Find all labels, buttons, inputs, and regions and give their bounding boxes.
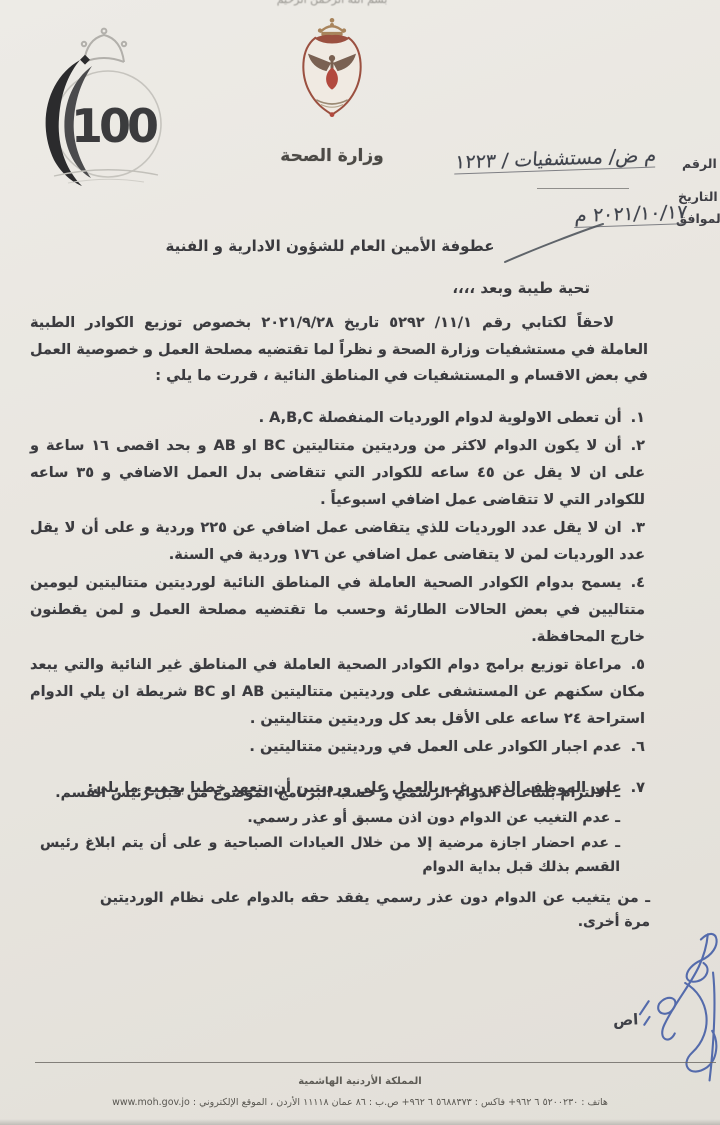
- list-item: ١.أن تعطى الاولوية لدوام الورديات المنفص…: [30, 405, 645, 432]
- item-number: ١.: [631, 410, 645, 426]
- footer-divider: [35, 1062, 716, 1063]
- item-text: عدم اجبار الكوادر على العمل في ورديتين م…: [249, 739, 621, 755]
- ref-number-label: الرقم: [682, 156, 717, 171]
- decision-list: ١.أن تعطى الاولوية لدوام الورديات المنفص…: [30, 405, 645, 803]
- list-item: ٣.ان لا يقل عدد الورديات للذي يتقاضى عمل…: [30, 515, 645, 569]
- list-item: ٢.أن لا يكون الدوام لاكثر من ورديتين متت…: [30, 433, 645, 514]
- sub-item: ـ عدم التغيب عن الدوام دون اذن مسبق أو ع…: [40, 807, 620, 831]
- bismillah-calligraphy: بسم الله الرحمن الرحيم: [248, 0, 416, 6]
- list-item: ٦.عدم اجبار الكوادر على العمل في ورديتين…: [30, 734, 645, 761]
- addressee-line: عطوفة الأمين العام للشؤون الادارية و الف…: [0, 237, 660, 255]
- centennial-crown-icon: [82, 29, 126, 62]
- signature-icon: [633, 908, 720, 1098]
- item-text: يسمح بدوام الكوادر الصحية العاملة في الم…: [30, 575, 645, 645]
- ministry-name: وزارة الصحة: [248, 146, 416, 166]
- list-item: ٤.يسمح بدوام الكوادر الصحية العاملة في ا…: [30, 570, 645, 651]
- centennial-100-logo-icon: 100: [34, 24, 174, 189]
- list-item: ٥.مراعاة توزيع برامج دوام الكوادر الصحية…: [30, 652, 645, 733]
- item-text: أن لا يكون الدوام لاكثر من ورديتين متتال…: [30, 438, 645, 508]
- pledge-sublist: ـ الالتزام بساعات الدوام الرسمي و حسب ال…: [40, 782, 620, 881]
- item-text: مراعاة توزيع برامج دوام الكوادر الصحية ا…: [30, 657, 645, 727]
- item-text: أن تعطى الاولوية لدوام الورديات المنفصلة…: [259, 410, 622, 426]
- jordan-coat-of-arms-icon: [295, 16, 369, 130]
- footer-contact-info: هاتف : ٥٢٠٠٢٣٠ ٦ ٩٦٢+ فاكس : ٥٦٨٨٣٧٣ ٦ ٩…: [0, 1097, 720, 1108]
- ref-number-value: م ض/ مستشفيات / ١٢٢٣: [454, 144, 657, 174]
- sub-item: ـ الالتزام بساعات الدوام الرسمي و حسب ال…: [40, 782, 620, 806]
- item-number: ٣.: [631, 520, 645, 536]
- intro-paragraph: لاحقاً لكتابي رقم ١١/١/ ٥٢٩٢ تاريخ ٢٠٢١/…: [30, 310, 648, 390]
- sub-item: ـ عدم احضار اجازة مرضية إلا من خلال العي…: [40, 832, 620, 879]
- item-text: ان لا يقل عدد الورديات للذي يتقاضى عمل ا…: [30, 520, 645, 563]
- item-number: ٥.: [631, 657, 645, 673]
- final-note: ـ من يتغيب عن الدوام دون عذر رسمي يفقد ح…: [100, 886, 650, 934]
- item-number: ٤.: [631, 575, 645, 591]
- greeting-line: تحية طيبة وبعد ،،،،: [452, 279, 590, 297]
- ref-date-blank-line: [537, 188, 629, 189]
- scanned-letter-page: 100 بسم الله الرحمن الرحيم: [0, 0, 720, 1125]
- item-number: ٧.: [631, 780, 645, 796]
- centennial-number: 100: [71, 99, 157, 153]
- item-number: ٦.: [631, 739, 645, 755]
- item-number: ٢.: [631, 438, 645, 454]
- letterhead-center: بسم الله الرحمن الرحيم وزارة الصحة: [248, 0, 416, 166]
- footer-kingdom-name: المملكة الأردنية الهاشمية: [0, 1076, 720, 1087]
